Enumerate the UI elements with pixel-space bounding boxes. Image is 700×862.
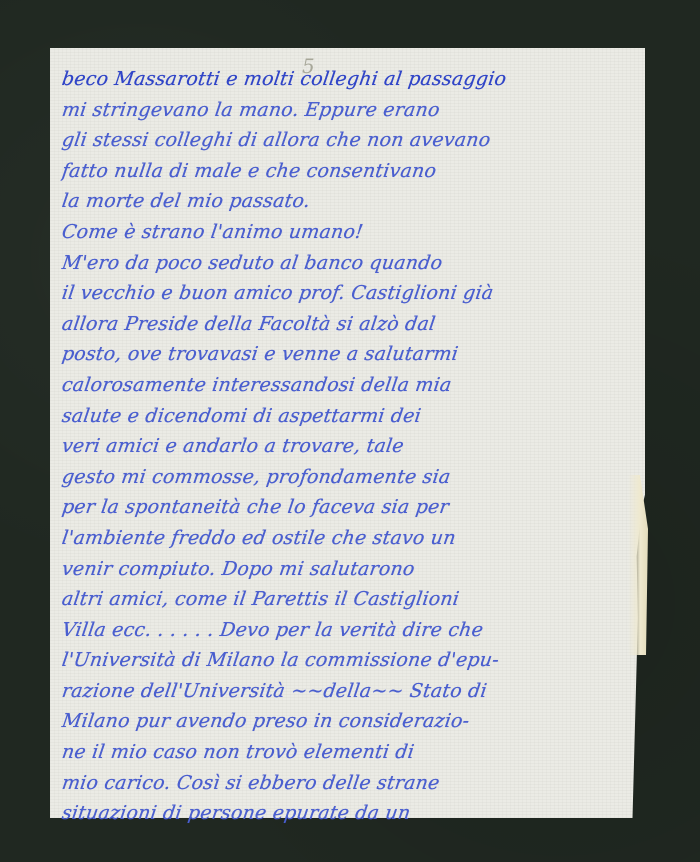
text-line: l'Università di Milano la commissione d'…: [60, 645, 624, 676]
text-line: calorosamente interessandosi della mia: [60, 370, 624, 401]
text-line: razione dell'Università ~~della~~ Stato …: [60, 676, 624, 707]
text-line: la morte del mio passato.: [60, 186, 624, 217]
text-line: ne il mio caso non trovò elementi di: [60, 737, 624, 768]
text-line: mi stringevano la mano. Eppure erano: [60, 95, 624, 126]
text-line: il vecchio e buon amico prof. Castiglion…: [60, 278, 624, 309]
text-line: gli stessi colleghi di allora che non av…: [60, 125, 624, 156]
handwritten-text-block: beco Massarotti e molti colleghi al pass…: [62, 64, 622, 829]
text-line: veri amici e andarlo a trovare, tale: [60, 431, 624, 462]
text-line: Milano pur avendo preso in considerazio-: [60, 706, 624, 737]
text-line: salute e dicendomi di aspettarmi dei: [60, 401, 624, 432]
text-line: posto, ove trovavasi e venne a salutarmi: [60, 339, 624, 370]
text-line: Villa ecc. . . . . . Devo per la verità …: [60, 615, 624, 646]
text-line: fatto nulla di male e che consentivano: [60, 156, 624, 187]
text-line: allora Preside della Facoltà si alzò dal: [60, 309, 624, 340]
text-line: mio carico. Così si ebbero delle strane: [60, 768, 624, 799]
text-line: gesto mi commosse, profondamente sia: [60, 462, 624, 493]
text-line: M'ero da poco seduto al banco quando: [60, 248, 624, 279]
text-line: beco Massarotti e molti colleghi al pass…: [60, 64, 624, 95]
text-line: venir compiuto. Dopo mi salutarono: [60, 554, 624, 585]
text-line: l'ambiente freddo ed ostile che stavo un: [60, 523, 624, 554]
text-line: situazioni di persone epurate da un: [60, 798, 624, 829]
text-line: per la spontaneità che lo faceva sia per: [60, 492, 624, 523]
text-line: Come è strano l'animo umano!: [60, 217, 624, 248]
text-line: altri amici, come il Parettis il Castigl…: [60, 584, 624, 615]
